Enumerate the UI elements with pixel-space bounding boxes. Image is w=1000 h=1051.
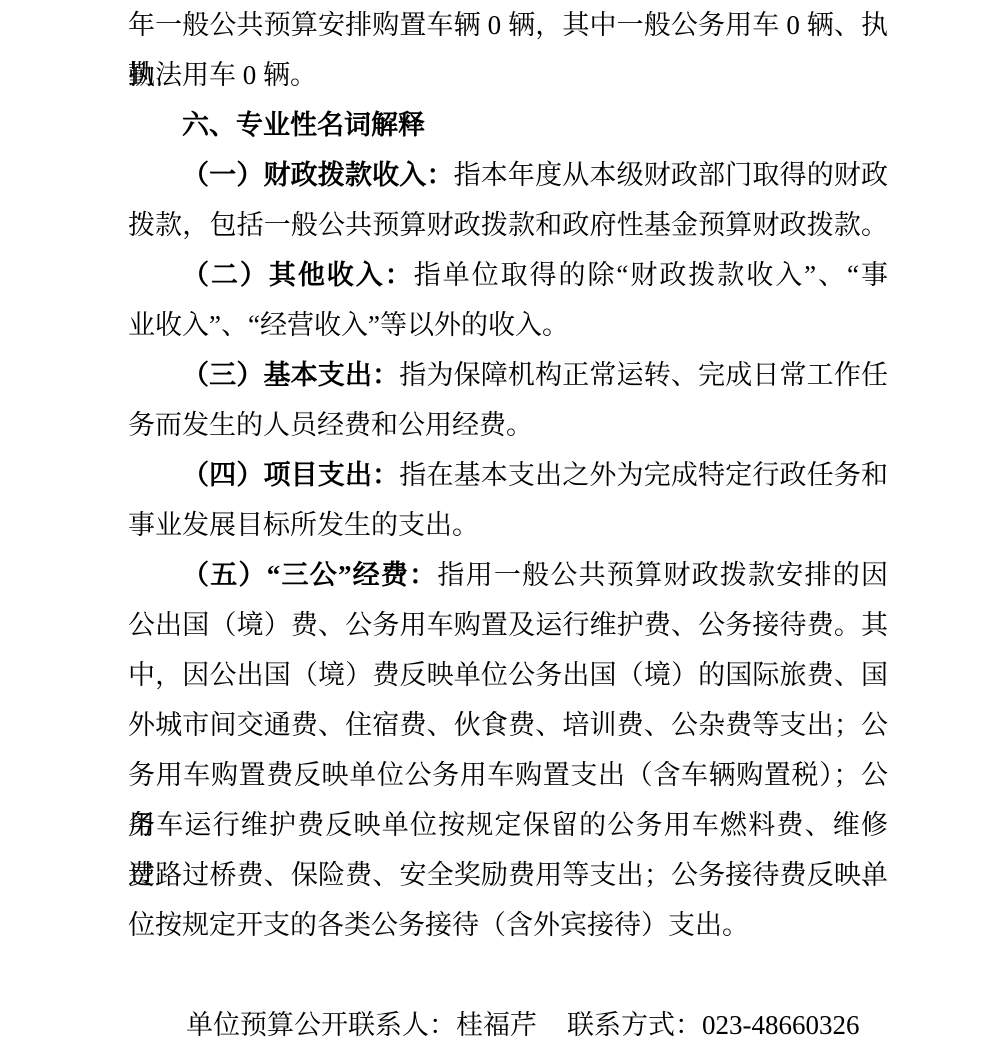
body-line: 外城市间交通费、住宿费、伙食费、培训费、公杂费等支出；公 (128, 700, 888, 750)
line-text: 指在基本支出之外为完成特定行政任务和 (399, 460, 888, 490)
body-line: （二）其他收入：指单位取得的除“财政拨款收入”、“事 (128, 250, 888, 300)
body-line: 事业发展目标所发生的支出。 (128, 500, 888, 550)
body-line: 过路过桥费、保险费、安全奖励费用等支出；公务接待费反映单 (128, 850, 888, 900)
phone-label: 联系方式： (567, 1010, 702, 1040)
body-line: 用车运行维护费反映单位按规定保留的公务用车燃料费、维修费、 (128, 800, 888, 850)
body-line: 务用车购置费反映单位公务用车购置支出（含车辆购置税）；公务 (128, 750, 888, 800)
document-page: 年一般公共预算安排购置车辆 0 辆，其中一般公务用车 0 辆、执勤 执法用车 0… (0, 0, 1000, 1051)
body-line: （一）财政拨款收入：指本年度从本级财政部门取得的财政 (128, 150, 888, 200)
term-lead: （一）财政拨款收入： (182, 160, 454, 190)
line-text: 公出国（境）费、公务用车购置及运行维护费、公务接待费。其 (128, 610, 888, 640)
body-line: 公出国（境）费、公务用车购置及运行维护费、公务接待费。其 (128, 600, 888, 650)
body-line: 务而发生的人员经费和公用经费。 (128, 400, 888, 450)
term-lead: （三）基本支出： (182, 360, 399, 390)
body-line: （四）项目支出：指在基本支出之外为完成特定行政任务和 (128, 450, 888, 500)
line-text: 业收入”、“经营收入”等以外的收入。 (128, 310, 569, 340)
line-text: 指本年度从本级财政部门取得的财政 (454, 160, 888, 190)
line-text: 位按规定开支的各类公务接待（含外宾接待）支出。 (128, 910, 749, 940)
line-text: 中，因公出国（境）费反映单位公务出国（境）的国际旅费、国 (128, 660, 888, 690)
phone-number: 023-48660326 (702, 1010, 860, 1040)
heading-text: 六、专业性名词解释 (182, 110, 425, 140)
term-lead: （五）“三公”经费： (182, 560, 437, 590)
body-line: 执法用车 0 辆。 (128, 50, 888, 100)
body-line: 位按规定开支的各类公务接待（含外宾接待）支出。 (128, 900, 888, 950)
line-text: 事业发展目标所发生的支出。 (128, 510, 479, 540)
line-text: 外城市间交通费、住宿费、伙食费、培训费、公杂费等支出；公 (128, 710, 888, 740)
line-text: 拨款，包括一般公共预算财政拨款和政府性基金预算财政拨款。 (128, 210, 888, 240)
body-line: 年一般公共预算安排购置车辆 0 辆，其中一般公务用车 0 辆、执勤 (128, 0, 888, 50)
term-lead: （二）其他收入： (182, 260, 414, 290)
line-text: 务而发生的人员经费和公用经费。 (128, 410, 533, 440)
line-text: 指用一般公共预算财政拨款安排的因 (437, 560, 888, 590)
contact-name: 桂福芹 (456, 1010, 537, 1040)
body-line: 拨款，包括一般公共预算财政拨款和政府性基金预算财政拨款。 (128, 200, 888, 250)
contact-label: 单位预算公开联系人： (186, 1010, 456, 1040)
section-heading: 六、专业性名词解释 (128, 100, 888, 150)
body-line: 中，因公出国（境）费反映单位公务出国（境）的国际旅费、国 (128, 650, 888, 700)
body-line: （五）“三公”经费：指用一般公共预算财政拨款安排的因 (128, 550, 888, 600)
term-lead: （四）项目支出： (182, 460, 399, 490)
line-text: 执法用车 0 辆。 (128, 60, 317, 90)
line-text: 指为保障机构正常运转、完成日常工作任 (399, 360, 888, 390)
body-line: 业收入”、“经营收入”等以外的收入。 (128, 300, 888, 350)
footer-contact-line: 单位预算公开联系人：桂福芹联系方式：023-48660326 (128, 1000, 888, 1050)
line-text: 指单位取得的除“财政拨款收入”、“事 (414, 260, 888, 290)
body-line: （三）基本支出：指为保障机构正常运转、完成日常工作任 (128, 350, 888, 400)
blank-line (128, 950, 888, 1000)
line-text: 过路过桥费、保险费、安全奖励费用等支出；公务接待费反映单 (128, 860, 888, 890)
